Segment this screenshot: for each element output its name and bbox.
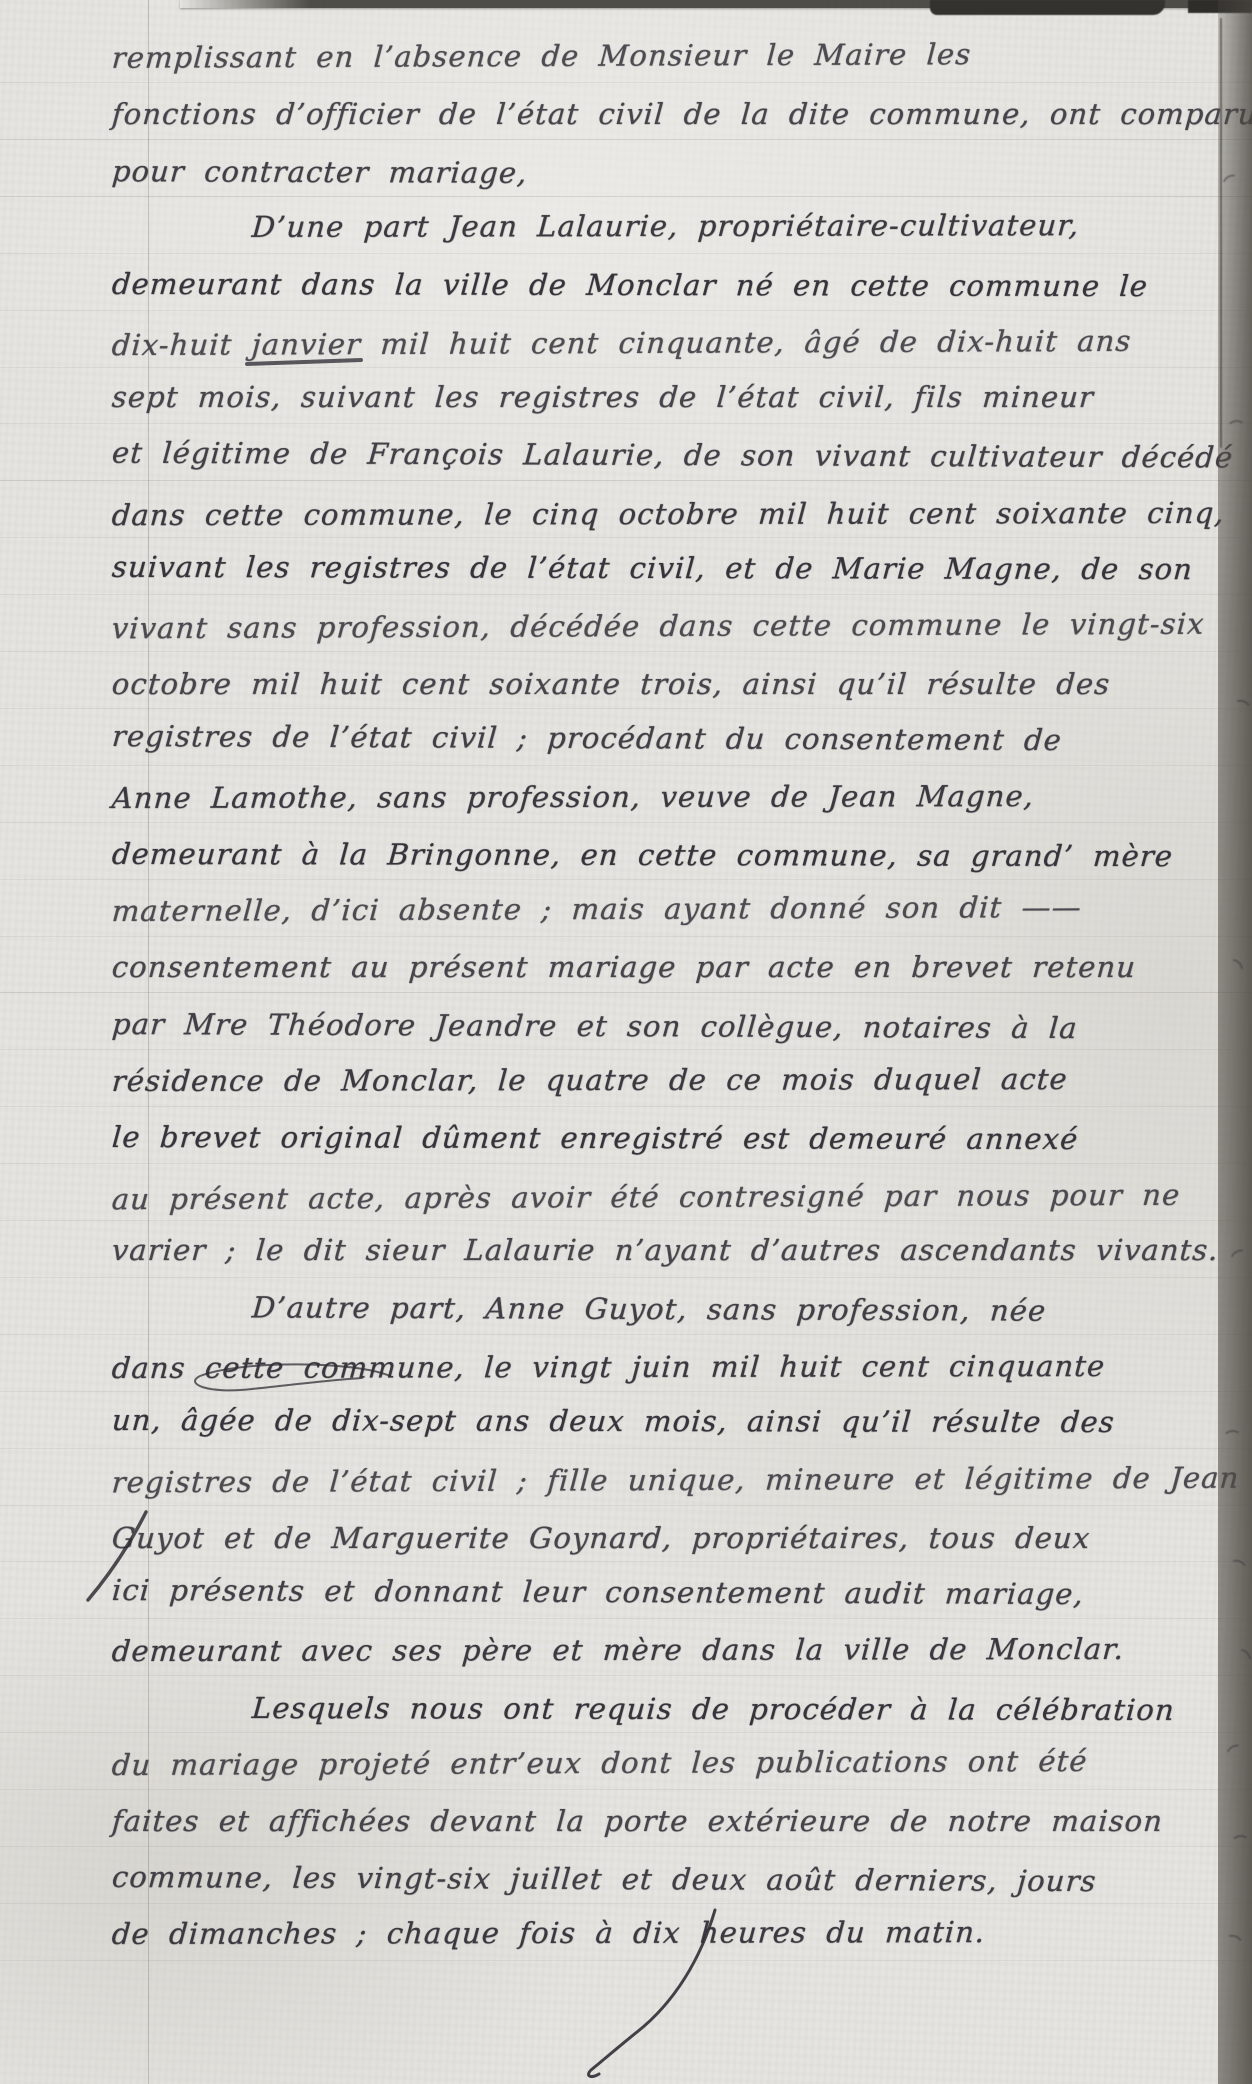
ruled-line	[0, 1960, 1252, 1961]
page-right-edge-shadow	[1218, 0, 1252, 2084]
handwritten-line: un, âgée de dix-sept ans deux mois, ains…	[110, 1397, 1116, 1445]
handwritten-line: demeurant à la Bringonne, en cette commu…	[110, 831, 1174, 879]
bleed-through-mark	[1226, 419, 1246, 436]
handwritten-line: dans cette commune, le vingt juin mil hu…	[110, 1343, 1107, 1391]
ruled-line	[0, 1163, 1252, 1164]
ruled-line	[0, 1789, 1252, 1790]
handwritten-line: consentement au présent mariage par acte…	[110, 944, 1137, 990]
bleed-through-mark	[1230, 697, 1252, 718]
handwritten-line: au présent acte, après avoir été contres…	[110, 1171, 1182, 1221]
ruled-line	[0, 1675, 1252, 1676]
handwritten-line: octobre mil huit cent soixante trois, ai…	[110, 661, 1112, 707]
handwritten-line: registres de l’état civil ; fille unique…	[110, 1454, 1241, 1505]
ruled-line	[0, 253, 1252, 254]
ruled-line	[0, 1846, 1252, 1847]
page-right-edge-line	[1220, 18, 1222, 448]
bleed-through-mark	[1224, 1741, 1248, 1763]
ruled-line	[0, 480, 1252, 481]
bleed-through-mark	[1220, 171, 1244, 193]
bleed-through-mark	[1222, 1932, 1245, 1953]
bleed-through-mark	[1230, 1834, 1250, 1851]
handwritten-line: Anne Lamothe, sans profession, veuve de …	[110, 773, 1035, 821]
handwritten-line: sept mois, suivant les registres de l’ét…	[110, 374, 1095, 420]
ruled-line	[0, 139, 1252, 140]
handwritten-line: pour contracter mariage,	[110, 148, 529, 196]
handwritten-line: Lesquels nous ont requis de procéder à l…	[250, 1685, 1176, 1733]
handwritten-line: fonctions d’officier de l’état civil de …	[110, 91, 1252, 137]
handwritten-line: demeurant avec ses père et mère dans la …	[110, 1626, 1126, 1674]
ruled-line	[0, 1448, 1252, 1449]
page-top-edge-shadow-blob	[930, 0, 1165, 15]
handwritten-line: du mariage projeté entr’eux dont les pub…	[110, 1737, 1089, 1787]
handwritten-line: D’une part Jean Lalaurie, propriétaire-c…	[250, 202, 1081, 250]
ruled-line	[0, 310, 1252, 311]
ruled-line	[0, 423, 1252, 424]
handwritten-line: ici présents et donnant leur consentemen…	[110, 1567, 1085, 1617]
handwritten-line: Guyot et de Marguerite Goynard, propriét…	[110, 1515, 1092, 1561]
ruled-line	[0, 1561, 1252, 1562]
handwritten-line: suivant les registres de l’état civil, e…	[110, 543, 1194, 591]
handwritten-line: résidence de Monclar, le quatre de ce mo…	[110, 1056, 1069, 1104]
ruled-line	[0, 992, 1252, 993]
ruled-line	[0, 1106, 1252, 1107]
handwritten-line: dans cette commune, le cinq octobre mil …	[110, 490, 1226, 538]
handwritten-line: registres de l’état civil ; procédant du…	[110, 713, 1063, 763]
bleed-through-mark	[1226, 1557, 1249, 1578]
ruled-line	[0, 594, 1252, 595]
ruled-line	[0, 1277, 1252, 1278]
handwritten-line: commune, les vingt-six juillet et deux a…	[110, 1854, 1098, 1904]
handwritten-line: demeurant dans la ville de Monclar né en…	[110, 261, 1149, 309]
handwritten-line: et légitime de François Lalaurie, de son…	[110, 430, 1235, 481]
bleed-through-mark	[1228, 1246, 1252, 1268]
ruled-line	[0, 765, 1252, 766]
ruled-line	[0, 82, 1252, 83]
ruled-line	[0, 1618, 1252, 1619]
handwritten-line: de dimanches ; chaque fois à dix heures …	[110, 1909, 987, 1957]
ruled-line	[0, 822, 1252, 823]
ruled-line	[0, 196, 1252, 197]
bleed-through-mark	[1230, 1645, 1252, 1669]
ruled-line	[0, 936, 1252, 937]
bleed-through-mark	[1222, 1429, 1242, 1446]
handwritten-line: par Mre Théodore Jeandre et son collègue…	[110, 1001, 1079, 1051]
handwritten-line: varier ; le dit sieur Lalaurie n’ayant d…	[110, 1227, 1220, 1273]
scanned-page: remplissant en l’absence de Monsieur le …	[0, 0, 1252, 2084]
handwritten-line: vivant sans profession, décédée dans cet…	[110, 601, 1206, 652]
ruled-line	[0, 1334, 1252, 1335]
ruled-line	[0, 651, 1252, 652]
handwritten-line: maternelle, d’ici absente ; mais ayant d…	[110, 884, 1083, 934]
handwritten-line: le brevet original dûment enregistré est…	[110, 1114, 1080, 1162]
handwritten-line: faites et affichées devant la porte exté…	[110, 1798, 1164, 1844]
handwritten-line: remplissant en l’absence de Monsieur le …	[110, 31, 972, 81]
handwritten-line: D’autre part, Anne Guyot, sans professio…	[250, 1284, 1048, 1333]
bleed-through-mark	[1222, 955, 1246, 979]
ruled-line	[0, 708, 1252, 709]
